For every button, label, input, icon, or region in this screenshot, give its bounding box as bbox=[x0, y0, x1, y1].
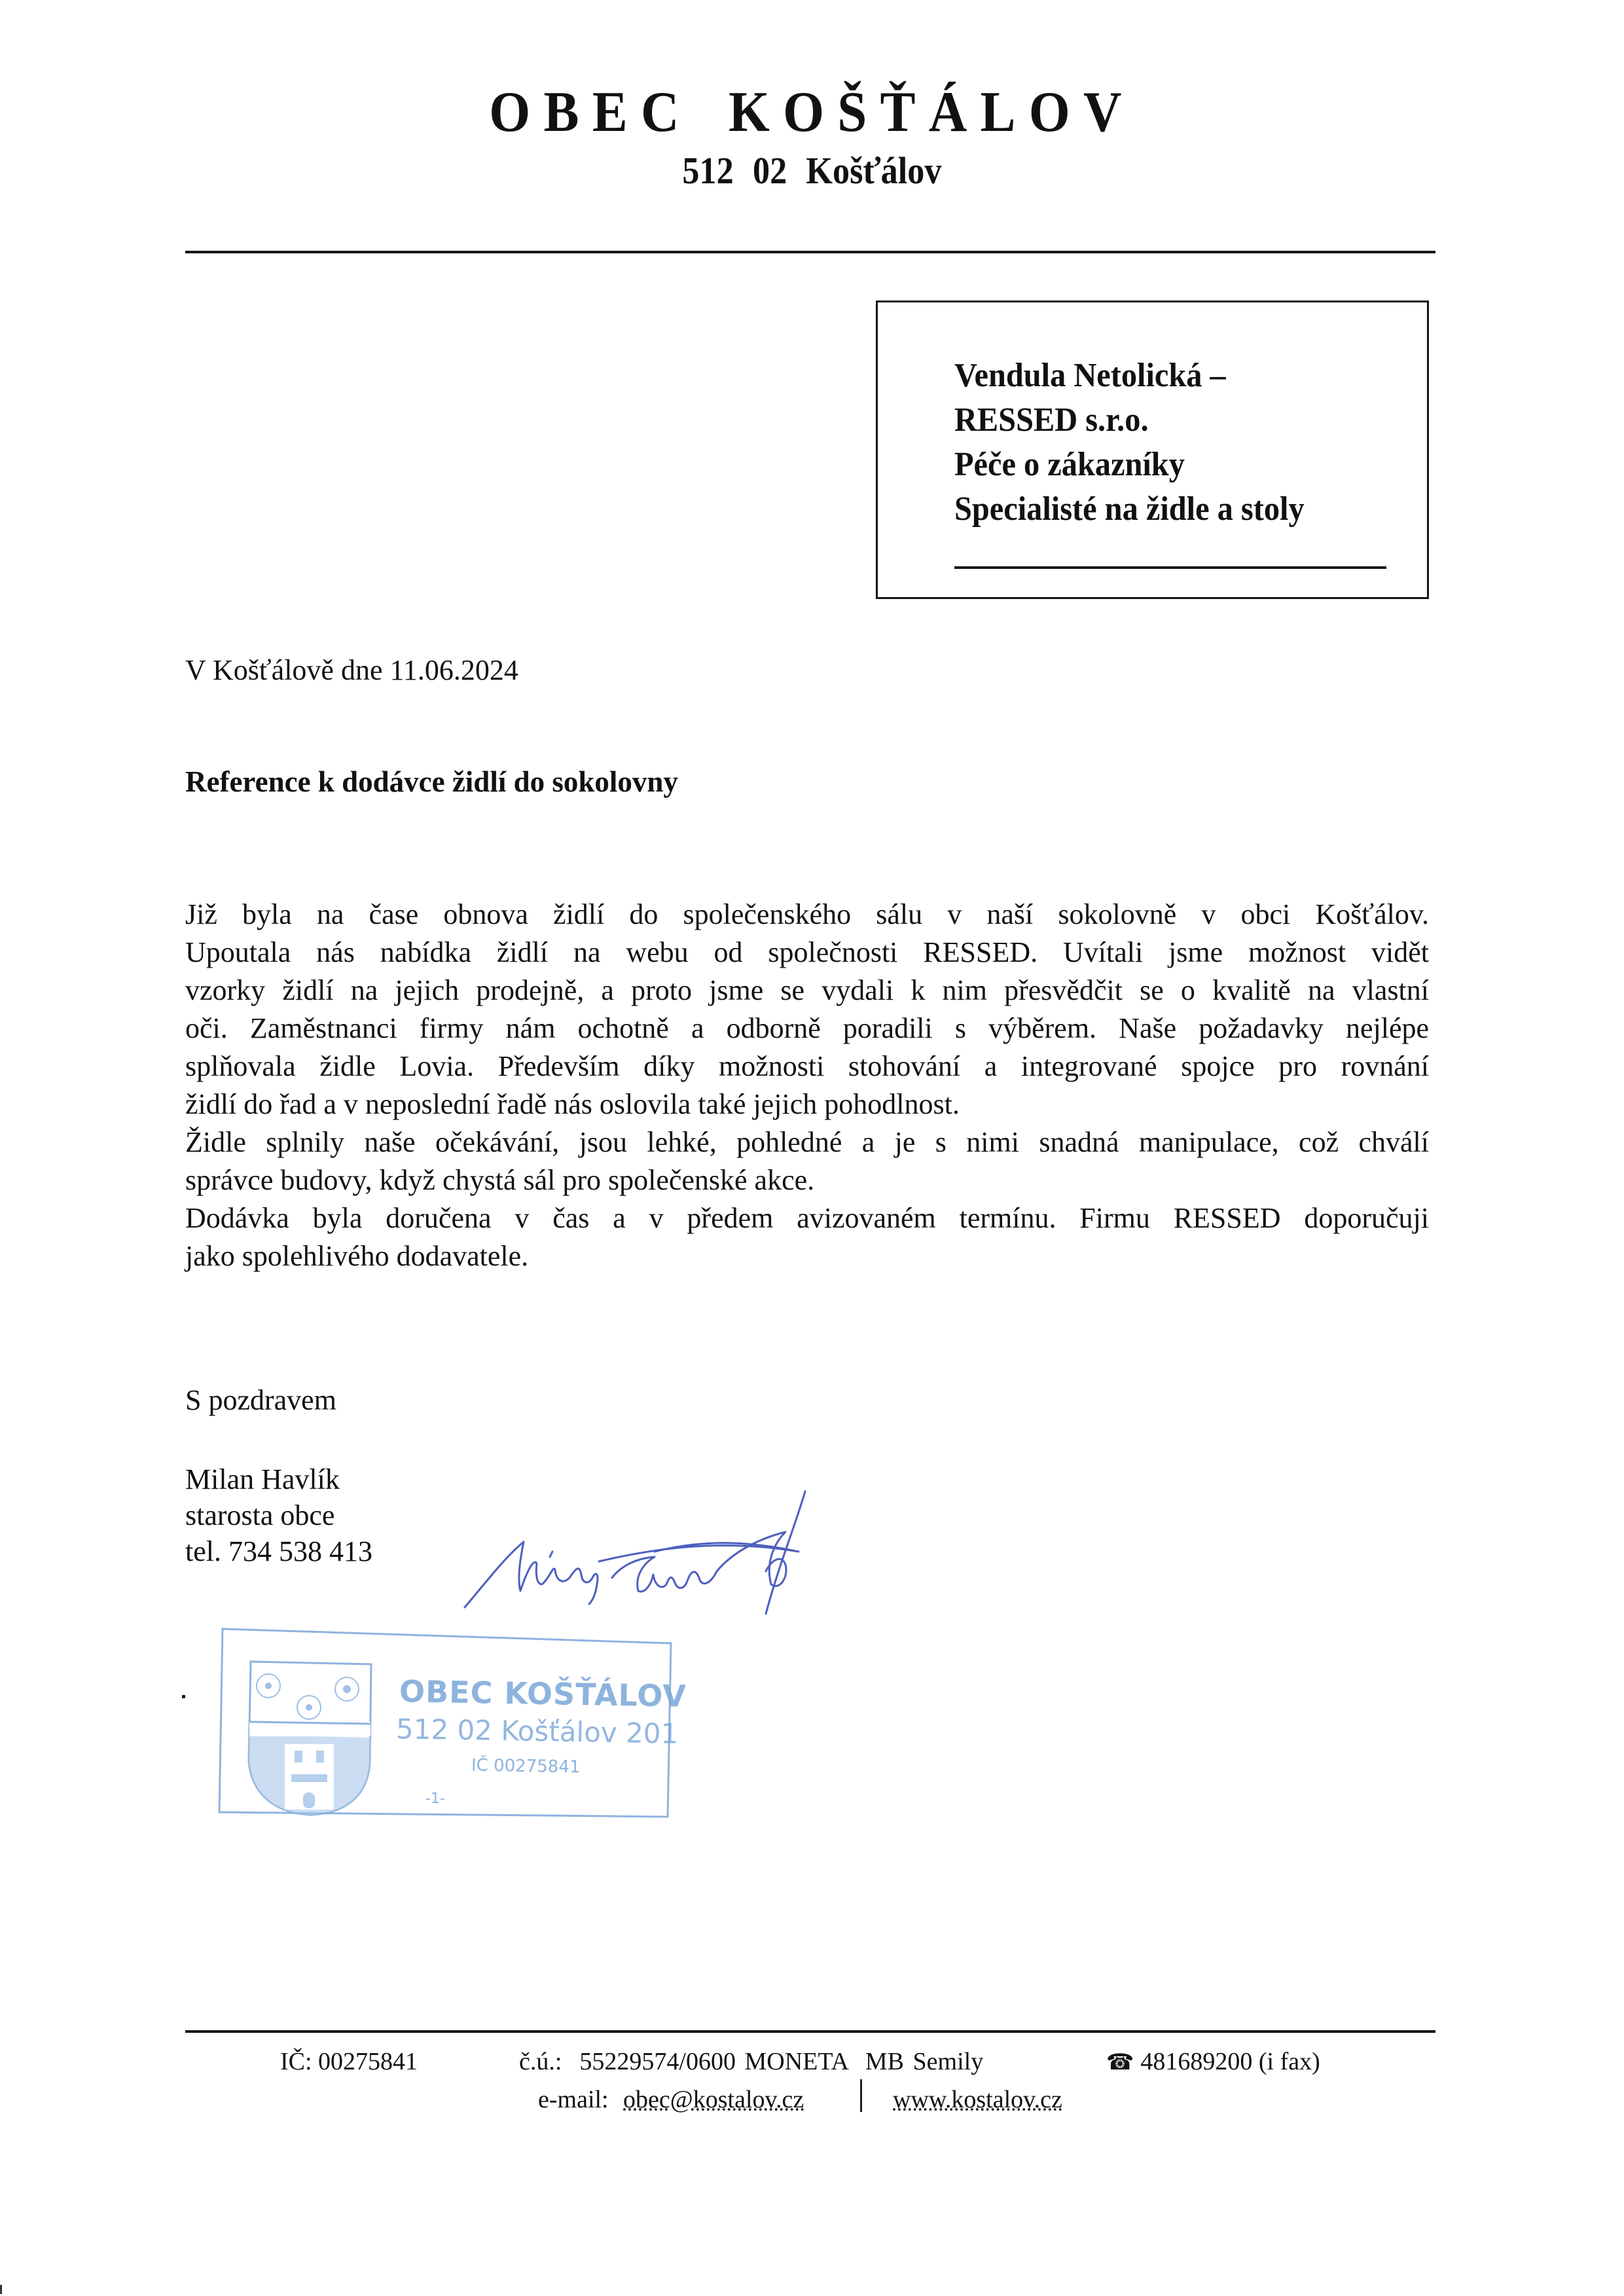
stamp-address: 512 02 Košťálov 201 bbox=[396, 1713, 679, 1750]
title-obec: OBEC bbox=[489, 81, 692, 144]
stamp-title: OBEC KOŠŤÁLOV bbox=[399, 1673, 687, 1714]
municipality-address: 512 02 Košťálov bbox=[81, 152, 1543, 190]
body-line: oči. Zaměstnanci firmy nám ochotně a odb… bbox=[185, 1010, 1429, 1048]
footer-email-label: e-mail: bbox=[538, 2087, 609, 2112]
recipient-line: Specialisté na židle a stoly bbox=[954, 487, 1305, 532]
footer-bank-account: č.ú.: 55229574/0600 MONETA MB Semily bbox=[519, 2049, 983, 2074]
telephone-icon: ☎ bbox=[1106, 2052, 1134, 2074]
recipient-line: Péče o zákazníky bbox=[954, 443, 1305, 487]
title-kostalov: KOŠŤÁLOV bbox=[729, 81, 1135, 144]
body-line: vzorky židlí na jejich prodejně, a proto… bbox=[185, 972, 1429, 1010]
signatory-name: Milan Havlík bbox=[185, 1461, 372, 1497]
body-line: správce budovy, když chystá sál pro spol… bbox=[185, 1161, 1429, 1199]
town: Košťálov bbox=[806, 149, 941, 192]
municipality-title: OBECKOŠŤÁLOV bbox=[65, 84, 1559, 141]
letter-body: Již byla na čase obnova židlí do společe… bbox=[185, 896, 1429, 1275]
footer-company-id: IČ: 00275841 bbox=[280, 2049, 418, 2074]
body-line: Židle splnily naše očekávání, jsou lehké… bbox=[185, 1123, 1429, 1161]
body-line: Dodávka byla doručena v čas a v předem a… bbox=[185, 1199, 1429, 1237]
footer-divider bbox=[185, 2030, 1435, 2033]
scan-artifact bbox=[182, 1695, 185, 1698]
place-and-date: V Košťálově dne 11.06.2024 bbox=[185, 651, 518, 689]
greeting: S pozdravem bbox=[185, 1381, 336, 1419]
stamp-ic: IČ 00275841 bbox=[471, 1756, 581, 1777]
header-divider bbox=[185, 251, 1435, 253]
body-line: splňovala židle Lovia. Především díky mo… bbox=[185, 1048, 1429, 1085]
signatory-block: Milan Havlík starosta obce tel. 734 538 … bbox=[185, 1461, 372, 1569]
coat-of-arms-icon bbox=[249, 1662, 371, 1815]
handwritten-signature bbox=[458, 1486, 825, 1617]
recipient-line: Vendula Netolická – bbox=[954, 354, 1305, 398]
postcode: 512 02 bbox=[682, 149, 787, 192]
signatory-title: starosta obce bbox=[185, 1497, 372, 1533]
signatory-phone: tel. 734 538 413 bbox=[185, 1533, 372, 1569]
footer-phone: ☎481689200 (i fax) bbox=[1106, 2049, 1320, 2074]
recipient-line: RESSED s.r.o. bbox=[954, 398, 1305, 443]
footer-phone-number: 481689200 (i fax) bbox=[1140, 2048, 1320, 2075]
recipient-address-underline bbox=[954, 566, 1386, 569]
body-line: židlí do řad a v neposlední řadě nás osl… bbox=[185, 1085, 1429, 1123]
scan-artifact bbox=[0, 2285, 2, 2294]
footer-email-link[interactable]: obec@kostalov.cz bbox=[623, 2087, 804, 2112]
body-line: Již byla na čase obnova židlí do společe… bbox=[185, 896, 1429, 934]
footer-separator bbox=[860, 2079, 862, 2112]
stamp-number: -1- bbox=[425, 1791, 445, 1807]
letter-subject: Reference k dodávce židlí do sokolovny bbox=[185, 763, 678, 801]
body-line: Upoutala nás nabídka židlí na webu od sp… bbox=[185, 934, 1429, 972]
recipient-address: Vendula Netolická – RESSED s.r.o. Péče o… bbox=[954, 354, 1305, 532]
footer-website-link[interactable]: www.kostalov.cz bbox=[893, 2087, 1062, 2112]
body-line: jako spolehlivého dodavatele. bbox=[185, 1237, 1429, 1275]
